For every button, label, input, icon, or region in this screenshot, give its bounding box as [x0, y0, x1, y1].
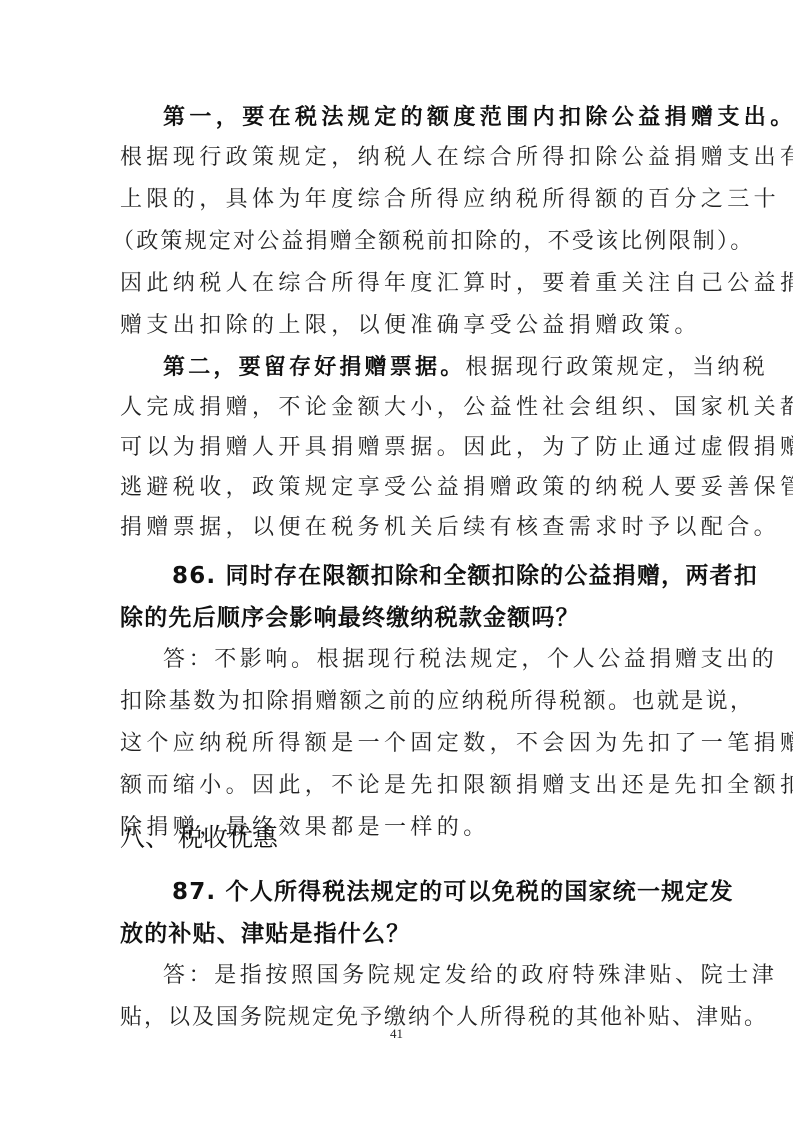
bold-lead: 第二，要留存好捐赠票据。 [163, 355, 465, 380]
question-86-title-line-2: 除的先后顺序会影响最终缴纳税款金额吗？ [120, 598, 680, 638]
point-one-heading: 第一，要在税法规定的额度范围内扣除公益捐赠支出。 [163, 98, 723, 138]
bold-lead: 第一，要在税法规定的额度范围内扣除公益捐赠支出。 [163, 105, 793, 130]
answer-line: 答：不影响。根据现行税法规定，个人公益捐赠支出的 [163, 640, 723, 680]
answer-line: 答：是指按照国务院规定发给的政府特殊津贴、院士津 [163, 956, 723, 996]
paragraph-line: 捐赠票据，以便在税务机关后续有核查需求时予以配合。 [120, 508, 680, 548]
paragraph-line: 逃避税收，政策规定享受公益捐赠政策的纳税人要妥善保管 [120, 468, 680, 508]
answer-line: 额而缩小。因此，不论是先扣限额捐赠支出还是先扣全额扣 [120, 766, 680, 806]
paragraph-line: 根据现行政策规定，纳税人在综合所得扣除公益捐赠支出有 [120, 138, 680, 178]
answer-line: 这个应纳税所得额是一个固定数，不会因为先扣了一笔捐赠 [120, 724, 680, 764]
paragraph-line: 因此纳税人在综合所得年度汇算时，要着重关注自己公益捐 [120, 264, 680, 304]
question-86-title-line-1: 86. 同时存在限额扣除和全额扣除的公益捐赠，两者扣 [172, 556, 732, 596]
paragraph-line: 人完成捐赠，不论金额大小，公益性社会组织、国家机关都 [120, 388, 680, 428]
paragraph-line: 可以为捐赠人开具捐赠票据。因此，为了防止通过虚假捐赠 [120, 428, 680, 468]
section-heading: 八、 税收优惠 [120, 818, 680, 858]
question-87-title-line-2: 放的补贴、津贴是指什么？ [120, 914, 680, 954]
paragraph-line: 赠支出扣除的上限，以便准确享受公益捐赠政策。 [120, 306, 680, 346]
document-page: 第一，要在税法规定的额度范围内扣除公益捐赠支出。 根据现行政策规定，纳税人在综合… [0, 0, 793, 1122]
page-number: 41 [0, 1026, 793, 1042]
paragraph-line: 上限的，具体为年度综合所得应纳税所得额的百分之三十 [120, 180, 680, 220]
paragraph-text: 根据现行政策规定，当纳税 [465, 355, 767, 380]
paragraph-line: （政策规定对公益捐赠全额税前扣除的，不受该比例限制）。 [112, 222, 672, 262]
question-87-title-line-1: 87. 个人所得税法规定的可以免税的国家统一规定发 [172, 872, 732, 912]
point-two-first-line: 第二，要留存好捐赠票据。根据现行政策规定，当纳税 [163, 348, 723, 388]
answer-line: 扣除基数为扣除捐赠额之前的应纳税所得税额。也就是说， [120, 682, 680, 722]
